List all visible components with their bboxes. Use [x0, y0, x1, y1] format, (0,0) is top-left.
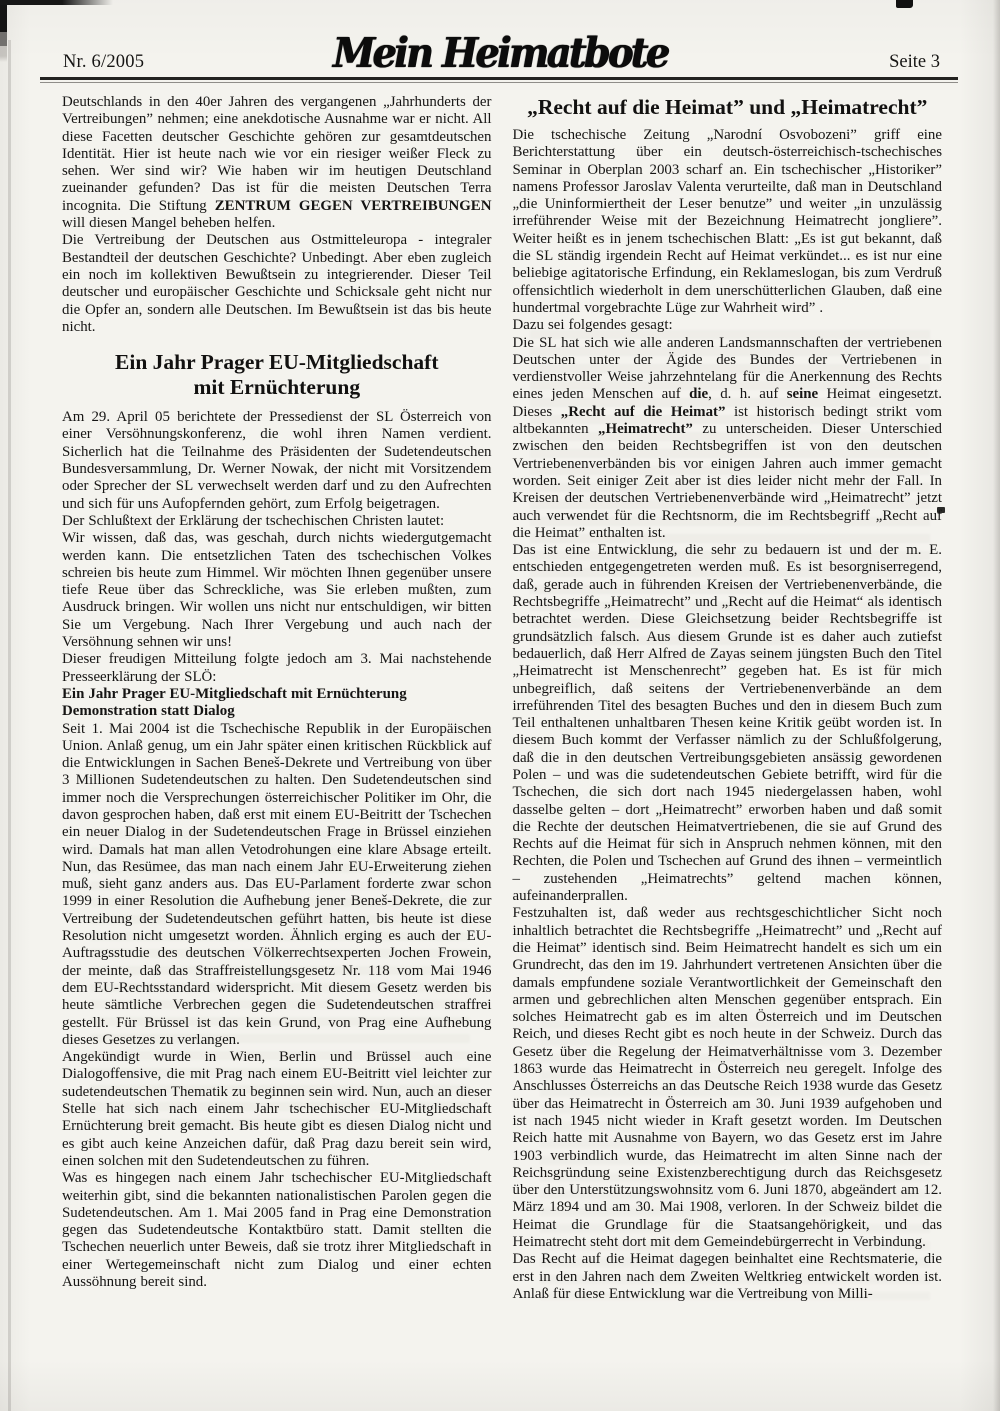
paragraph: Ein Jahr Prager EU-Mitgliedschaft mit Er… — [62, 686, 492, 703]
paragraph: Wir wissen, daß das, was geschah, durch … — [62, 530, 492, 651]
paragraph: Die SL hat sich wie alle anderen Landsma… — [513, 335, 943, 543]
text-run: Der Schlußtext der Erklärung der tschech… — [62, 513, 444, 529]
paragraph: Der Schlußtext der Erklärung der tschech… — [62, 513, 492, 530]
text-run: Am 29. April 05 berichtete der Pressedie… — [62, 409, 492, 511]
paragraph: Am 29. April 05 berichtete der Pressedie… — [62, 409, 492, 513]
paper-right-edge — [993, 0, 1000, 1411]
header-rule — [40, 77, 958, 83]
paragraph: Die Vertreibung der Deutschen aus Ostmit… — [62, 232, 492, 336]
newspaper-page: Nr. 6/2005 Mein Heimatbote Seite 3 Deuts… — [0, 0, 1000, 1411]
bold-text-run: die — [689, 386, 708, 402]
masthead-title: Mein Heimatbote — [333, 28, 668, 77]
paragraph: Was es hingegen nach einem Jahr tschechi… — [62, 1170, 492, 1291]
masthead: Mein Heimatbote — [0, 30, 1000, 75]
text-run: Deutschlands in den 40er Jahren des verg… — [62, 94, 492, 214]
text-run: Dieser freudigen Mitteilung folgte jedoc… — [62, 651, 492, 684]
bold-text-run: „Recht auf die Heimat” — [561, 404, 726, 420]
column-left: Deutschlands in den 40er Jahren des verg… — [62, 94, 492, 1303]
text-run: zu unterscheiden. Dieser Unterschied zwi… — [513, 421, 943, 541]
paragraph: Die tschechische Zeitung „Narodní Osvobo… — [513, 127, 943, 317]
bold-text-run: ZENTRUM GEGEN VERTREIBUNGEN — [215, 198, 492, 214]
text-run: Wir wissen, daß das, was geschah, durch … — [62, 530, 492, 650]
article-heading-line: Ein Jahr Prager EU-Mitgliedschaft — [62, 350, 492, 375]
paragraph: Das Recht auf die Heimat dagegen beinhal… — [513, 1251, 943, 1303]
text-run: Dazu sei folgendes gesagt: — [513, 317, 673, 333]
article-heading-line: mit Ernüchterung — [62, 375, 492, 400]
paragraph: Seit 1. Mai 2004 ist die Tschechische Re… — [62, 721, 492, 1050]
scan-artifact-left-bar — [0, 0, 7, 62]
paragraph: Das ist eine Entwicklung, die sehr zu be… — [513, 542, 943, 905]
paragraph: Festzuhalten ist, daß weder aus rechtsge… — [513, 905, 943, 1251]
text-run: Seit 1. Mai 2004 ist die Tschechische Re… — [62, 721, 492, 1048]
article-heading-line: „Recht auf die Heimat” und „Heimatrecht” — [513, 95, 943, 120]
text-run: , d. h. auf — [708, 386, 787, 402]
text-run: Was es hingegen nach einem Jahr tschechi… — [62, 1170, 492, 1290]
paragraph: Demonstration statt Dialog — [62, 703, 492, 720]
paragraph: Dazu sei folgendes gesagt: — [513, 317, 943, 334]
scan-artifact-top-right — [896, 0, 913, 8]
text-run: Angekündigt wurde in Wien, Berlin und Br… — [62, 1049, 492, 1169]
paragraph: Angekündigt wurde in Wien, Berlin und Br… — [62, 1049, 492, 1170]
article-heading: „Recht auf die Heimat” und „Heimatrecht” — [513, 95, 943, 120]
text-run: Festzuhalten ist, daß weder aus rechtsge… — [513, 905, 943, 1250]
article-heading: Ein Jahr Prager EU-Mitgliedschaftmit Ern… — [62, 350, 492, 400]
paragraph: Dieser freudigen Mitteilung folgte jedoc… — [62, 651, 492, 686]
text-run: Das ist eine Entwicklung, die sehr zu be… — [513, 542, 943, 904]
scan-artifact-top-streak — [0, 0, 113, 5]
bold-text-run: Ein Jahr Prager EU-Mitgliedschaft mit Er… — [62, 686, 407, 702]
bold-text-run: seine — [787, 386, 818, 402]
paper-left-edge — [8, 40, 11, 1411]
text-run: will diesen Mangel beheben helfen. — [62, 215, 275, 231]
article-columns: Deutschlands in den 40er Jahren des verg… — [62, 94, 942, 1303]
bold-text-run: „Heimatrecht” — [598, 421, 693, 437]
text-run: Die tschechische Zeitung „Narodní Osvobo… — [513, 127, 943, 316]
text-run: Die Vertreibung der Deutschen aus Ostmit… — [62, 232, 492, 334]
paragraph: Deutschlands in den 40er Jahren des verg… — [62, 94, 492, 232]
bold-text-run: Demonstration statt Dialog — [62, 703, 235, 719]
text-run: Das Recht auf die Heimat dagegen beinhal… — [513, 1251, 943, 1302]
page-number: Seite 3 — [889, 52, 940, 73]
column-right: „Recht auf die Heimat” und „Heimatrecht”… — [513, 94, 943, 1303]
